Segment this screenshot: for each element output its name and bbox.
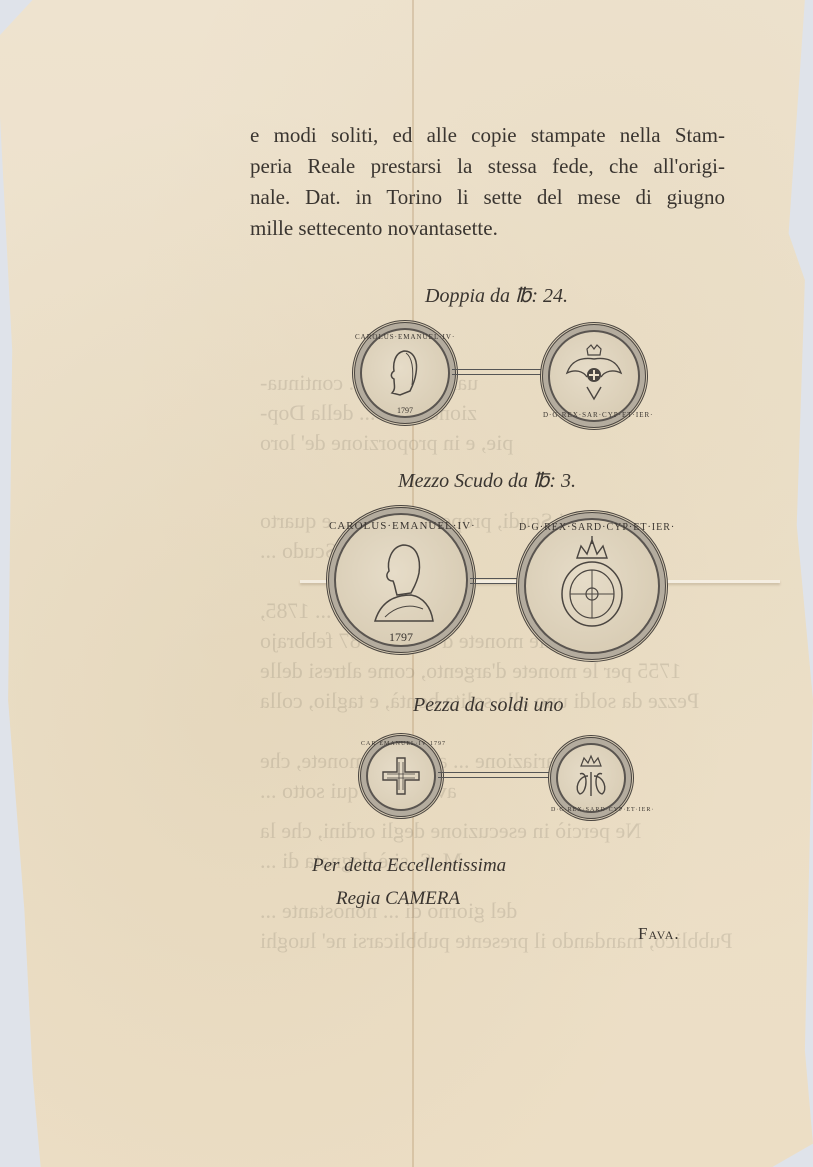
coin-legend: D·G·REX·SARD·CYP·ET·IER· [519, 522, 665, 533]
text-line: mille settecento novantasette. [250, 213, 725, 244]
bleed-through-line: pie, e in proporzione de' loro [260, 430, 513, 456]
coin-connector-line [452, 369, 542, 375]
decree-closing-text: e modi soliti, ed alle copie stampate ne… [250, 120, 725, 244]
bleed-through-line: 1755 per le monete d'argento, come altre… [260, 658, 681, 684]
coin-doppia-reverse: D·G·REX·SAR·CYP·ET·IER· [540, 322, 648, 430]
coin-pezza-obverse: CAR·EMANUEL·IV·1797 [358, 733, 444, 819]
coin-mezzo-scudo-reverse: D·G·REX·SARD·CYP·ET·IER· [516, 510, 668, 662]
coin-connector-line [438, 772, 550, 778]
bleed-through-line: Ne perciò in esecuzione degli ordini, ch… [260, 818, 641, 844]
coin-legend: CAROLUS·EMANUEL·IV· [355, 333, 455, 341]
text-line: e modi soliti, ed alle copie stampate ne… [250, 120, 725, 151]
signer-name: Fava. [638, 924, 680, 944]
crowned-coat-of-arms-icon [549, 536, 635, 636]
text-line: nale. Dat. in Torino li sette del mese d… [250, 182, 725, 213]
crowned-eagle-icon [563, 343, 625, 409]
coin-caption-mezzo-scudo: Mezzo Scudo da ℔: 3. [398, 468, 576, 493]
coin-connector-line [470, 578, 518, 584]
coin-caption-pezza: Pezza da soldi uno [413, 694, 564, 717]
text-line: peria Reale prestarsi la stessa fede, ch… [250, 151, 725, 182]
coin-legend: D·G·REX·SAR·CYP·ET·IER· [543, 411, 645, 419]
coin-legend: CAROLUS·EMANUEL·IV· [329, 520, 473, 532]
coin-legend: D·G·REX·SARD·CYP·ET·IER· [551, 807, 631, 813]
crowned-monogram-icon [568, 754, 614, 802]
coin-date: 1797 [329, 630, 473, 645]
signature-line-1: Per detta Eccellentissima [312, 855, 506, 877]
coin-pezza-reverse: D·G·REX·SARD·CYP·ET·IER· [548, 735, 634, 821]
signature-line-2: Regia CAMERA [336, 888, 460, 910]
cross-of-crowns-icon [379, 754, 423, 798]
coin-legend: CAR·EMANUEL·IV·1797 [361, 741, 441, 747]
draped-bust-icon [361, 535, 441, 625]
coin-mezzo-scudo-obverse: CAROLUS·EMANUEL·IV· 1797 [326, 505, 476, 655]
coin-doppia-obverse: CAROLUS·EMANUEL·IV· 1797 [352, 320, 458, 426]
coin-date: 1797 [355, 406, 455, 415]
coin-caption-doppia: Doppia da ℔: 24. [425, 283, 568, 308]
portrait-bust-icon [382, 345, 428, 401]
